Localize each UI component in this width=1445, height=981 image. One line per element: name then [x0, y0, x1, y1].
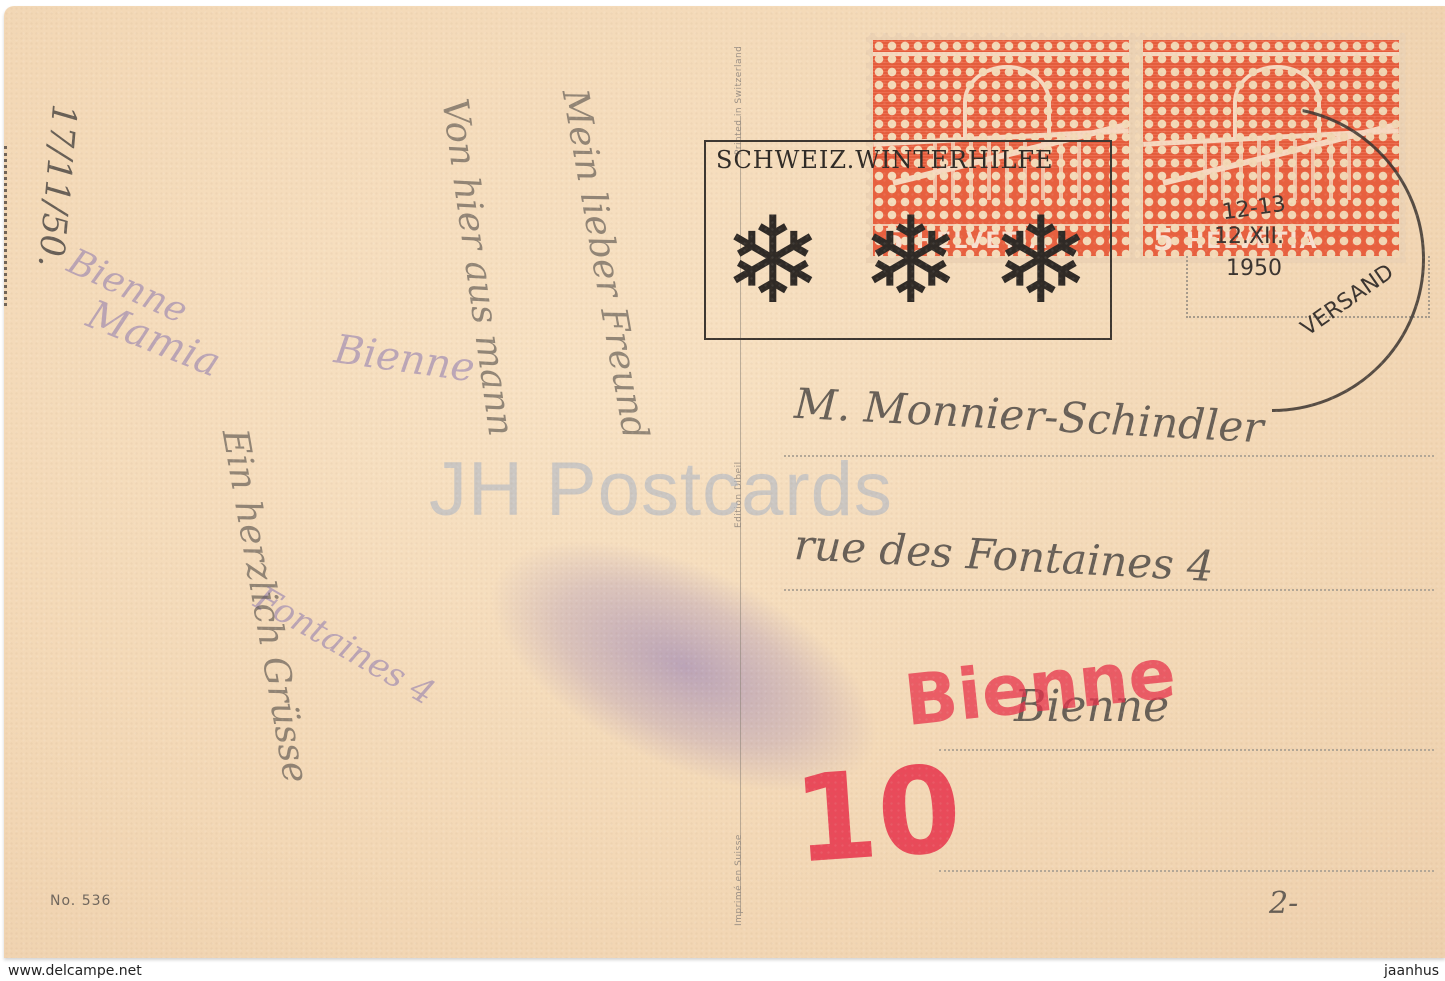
handwritten-message: Mein lieber Freund — [554, 86, 656, 442]
source-credit-left: www.delcampe.net — [8, 963, 142, 979]
snowflake-icon: ❄ — [976, 197, 1106, 327]
slogan-cancellation: SCHWEIZ.WINTERHILFE ❄ ❄ ❄ — [704, 140, 1112, 340]
address-line-3 — [939, 749, 1434, 751]
postcard-back: Bienne Mamia Fontaines 4 Bienne Imprimé … — [4, 6, 1445, 958]
handwritten-address-name: M. Monnier-Schindler — [793, 379, 1265, 453]
watermark: JH Postcards — [429, 446, 893, 533]
purple-stamp-text: Bienne — [331, 326, 477, 391]
source-credit-right: jaanhus — [1384, 963, 1439, 979]
postmark-date-line-2: 12.XII. — [1214, 224, 1284, 249]
postmark-year: 1950 — [1226, 256, 1282, 281]
card-number: No. 536 — [50, 893, 111, 909]
snowflake-icon: ❄ — [846, 197, 976, 327]
address-line-2 — [784, 589, 1434, 591]
snowflake-icon: ❄ — [708, 197, 838, 327]
handwritten-note: 2- — [1269, 886, 1298, 921]
slogan-text: SCHWEIZ.WINTERHILFE — [716, 146, 1054, 174]
card-edge-mark — [4, 146, 11, 306]
red-crayon-number: 10 — [789, 740, 965, 890]
address-line-4 — [939, 870, 1434, 872]
